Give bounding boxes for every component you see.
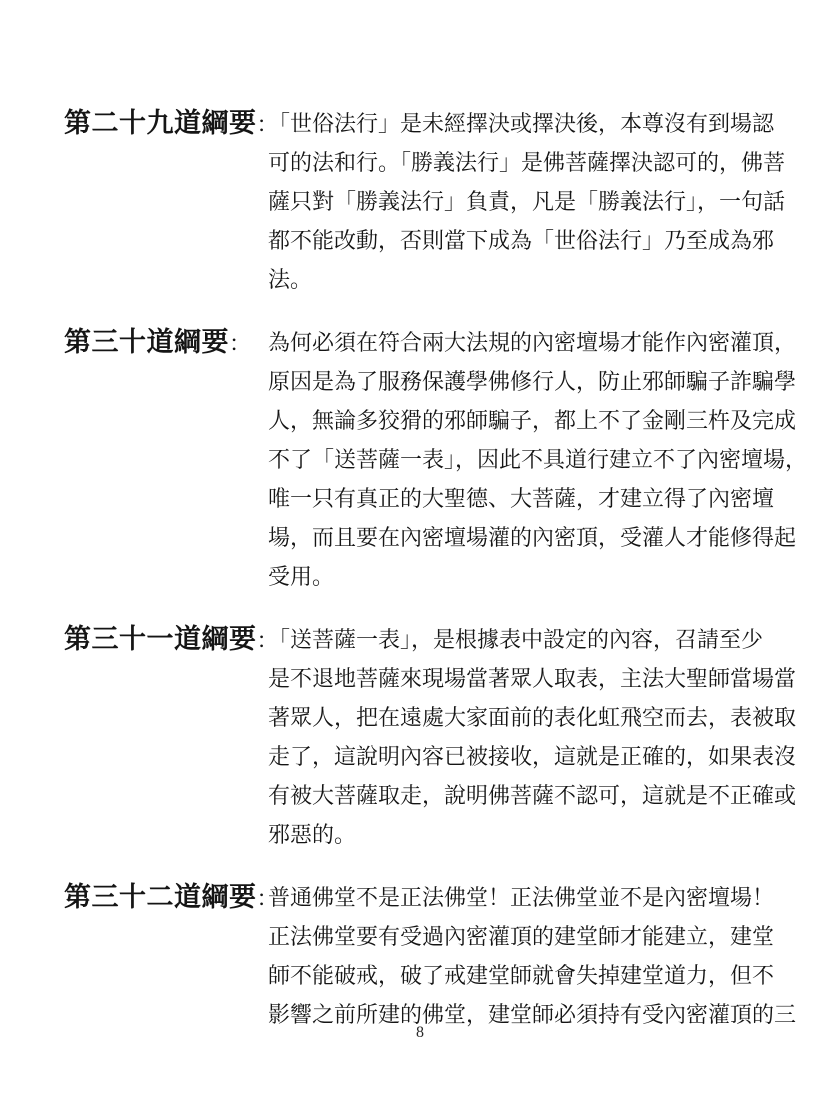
section-heading-text: 第三十道綱要 [64,327,229,357]
section-heading-text: 第三十二道綱要 [64,882,257,912]
section-heading: 第二十九道綱要： [64,104,279,144]
section-heading: 第三十一道綱要： [64,620,279,660]
outline-section: 第三十一道綱要： 「送菩薩一表」，是根據表中設定的內容，召請至少 是不退地菩薩來… [0,620,840,854]
outline-section: 第三十二道綱要： 普通佛堂不是正法佛堂！正法佛堂並不是內密壇場！ 正法佛堂要有受… [0,878,840,1034]
page-content: 第二十九道綱要： 「世俗法行」是未經擇決或擇決後，本尊沒有到場認 可的法和行。「… [0,0,840,1034]
section-body: 為何必須在符合兩大法規的內密壇場才能作內密灌頂， 原因是為了服務保護學佛修行人，… [268,323,828,596]
heading-colon: ： [257,628,279,653]
section-body: 普通佛堂不是正法佛堂！正法佛堂並不是內密壇場！ 正法佛堂要有受過內密灌頂的建堂師… [268,878,828,1034]
heading-colon: ： [257,112,279,137]
document-page: 第二十九道綱要： 「世俗法行」是未經擇決或擇決後，本尊沒有到場認 可的法和行。「… [0,0,840,1111]
section-heading: 第三十二道綱要： [64,878,279,918]
section-heading-text: 第二十九道綱要 [64,108,257,138]
heading-colon: ： [257,886,279,911]
outline-section: 第二十九道綱要： 「世俗法行」是未經擇決或擇決後，本尊沒有到場認 可的法和行。「… [0,104,840,299]
heading-colon: ： [229,331,251,356]
section-body: 「送菩薩一表」，是根據表中設定的內容，召請至少 是不退地菩薩來現場當著眾人取表，… [268,620,828,854]
section-heading-text: 第三十一道綱要 [64,624,257,654]
section-heading: 第三十道綱要： [64,323,251,363]
page-number: 8 [0,1024,840,1042]
outline-section: 第三十道綱要： 為何必須在符合兩大法規的內密壇場才能作內密灌頂， 原因是為了服務… [0,323,840,596]
section-body: 「世俗法行」是未經擇決或擇決後，本尊沒有到場認 可的法和行。「勝義法行」是佛菩薩… [268,104,828,299]
